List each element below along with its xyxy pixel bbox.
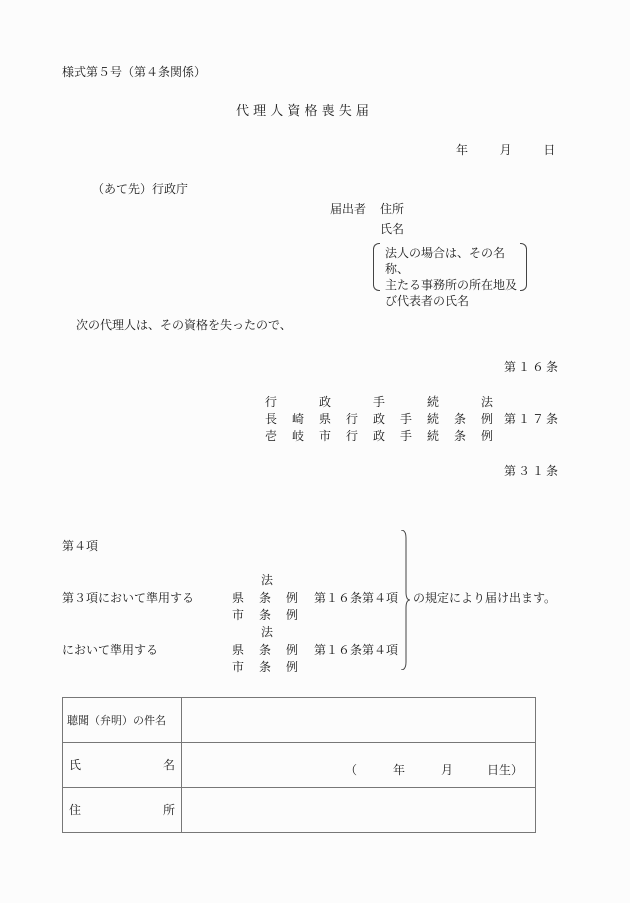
law-char <box>346 396 373 408</box>
section-a-ref: 第１６条第４項 <box>314 592 398 604</box>
corporate-note-line: 法人の場合は、その名称、 <box>385 245 523 277</box>
law-char: 県 <box>232 592 259 604</box>
case-name-field[interactable] <box>182 698 536 743</box>
date-line: 年 月 日 <box>456 144 555 156</box>
name-field[interactable]: （ 年 月 日生） <box>182 743 536 788</box>
label-char: 氏 <box>69 759 81 771</box>
law-char: 県 <box>232 644 259 656</box>
birth-day: 日生） <box>487 764 523 776</box>
article-16: 第１６条 <box>504 361 560 373</box>
label-char: 名 <box>163 759 175 771</box>
birthdate: （ 年 月 日生） <box>188 754 529 776</box>
name-label: 氏 名 <box>63 743 182 788</box>
law-char <box>400 396 427 408</box>
law-char: 政 <box>373 430 400 442</box>
corporate-note-line: び代表者の氏名 <box>385 293 523 309</box>
law-char: 県 <box>319 413 346 425</box>
addressee: （あて先）行政庁 <box>92 183 188 195</box>
law-char: 例 <box>286 661 313 673</box>
corporate-note: 法人の場合は、その名称、 主たる事務所の所在地及 び代表者の氏名 <box>373 243 523 291</box>
law-row-national: 行政手続法 <box>265 396 508 408</box>
law-char: 例 <box>286 609 313 621</box>
table-row: 氏 名 （ 年 月 日生） <box>63 743 536 788</box>
law-char: 手 <box>400 430 427 442</box>
law-char: 市 <box>232 661 259 673</box>
section-b-pref: 県条例 <box>232 644 313 656</box>
date-day: 日 <box>543 143 555 157</box>
date-year: 年 <box>456 143 468 157</box>
address-field[interactable] <box>182 788 536 833</box>
notifier-name-label: 氏名 <box>380 223 404 235</box>
law-char: 条 <box>259 609 286 621</box>
case-name-label: 聴聞（弁明）の件名 <box>63 698 182 743</box>
law-char: 法 <box>481 396 508 408</box>
law-char: 手 <box>400 413 427 425</box>
law-char: 条 <box>259 592 286 604</box>
section-b-law: 法 <box>261 626 273 638</box>
law-char: 行 <box>346 430 373 442</box>
table-row: 住 所 <box>63 788 536 833</box>
label-char: 住 <box>69 804 81 816</box>
law-char: 崎 <box>292 413 319 425</box>
article-31: 第３１条 <box>504 465 560 477</box>
birth-month: 月 <box>441 764 453 776</box>
law-char: 岐 <box>292 430 319 442</box>
section-b-prefix: において準用する <box>62 644 158 656</box>
birth-year: 年 <box>393 764 405 776</box>
law-char <box>454 396 481 408</box>
law-char: 例 <box>286 644 313 656</box>
section-a-law: 法 <box>261 574 273 586</box>
section-a-prefix: 第３項において準用する <box>62 592 194 604</box>
info-table: 聴聞（弁明）の件名 氏 名 （ 年 月 日生） 住 所 <box>62 697 536 833</box>
body-intro: 次の代理人は、その資格を失ったので、 <box>76 319 292 331</box>
birth-open: （ <box>345 764 357 776</box>
law-char: 行 <box>265 396 292 408</box>
article-17: 第１７条 <box>504 413 560 425</box>
law-char: 例 <box>286 592 313 604</box>
law-row-city: 壱岐市行政手続条例 <box>265 430 508 442</box>
form-number: 様式第５号（第４条関係） <box>62 66 206 78</box>
closing-text: の規定により届け出ます。 <box>413 592 556 604</box>
law-char: 政 <box>373 413 400 425</box>
notifier-label: 届出者 <box>330 203 366 215</box>
law-char: 長 <box>265 413 292 425</box>
label-char: 所 <box>163 804 175 816</box>
address-label: 住 所 <box>63 788 182 833</box>
law-char: 条 <box>259 644 286 656</box>
corporate-note-line: 主たる事務所の所在地及 <box>385 277 523 293</box>
law-char: 続 <box>427 413 454 425</box>
law-char <box>292 396 319 408</box>
law-char: 政 <box>319 396 346 408</box>
right-brace-icon <box>400 530 410 670</box>
law-char: 手 <box>373 396 400 408</box>
left-paren-icon <box>373 243 380 291</box>
law-char: 市 <box>232 609 259 621</box>
date-month: 月 <box>500 143 512 157</box>
law-char: 条 <box>454 413 481 425</box>
law-char: 条 <box>454 430 481 442</box>
section-b-city: 市条例 <box>232 661 313 673</box>
paragraph-4: 第４項 <box>62 540 98 552</box>
law-char: 壱 <box>265 430 292 442</box>
law-char: 続 <box>427 396 454 408</box>
law-char: 条 <box>259 661 286 673</box>
law-char: 続 <box>427 430 454 442</box>
law-char: 行 <box>346 413 373 425</box>
law-row-prefecture: 長崎県行政手続条例 <box>265 413 508 425</box>
right-paren-icon <box>520 243 527 291</box>
law-char: 例 <box>481 430 508 442</box>
page-title: 代 理 人 資 格 喪 失 届 <box>236 105 369 118</box>
section-a-pref: 県条例 <box>232 592 313 604</box>
section-a-city: 市条例 <box>232 609 313 621</box>
table-row: 聴聞（弁明）の件名 <box>63 698 536 743</box>
law-char: 市 <box>319 430 346 442</box>
notifier-address-label: 住所 <box>380 203 404 215</box>
section-b-ref: 第１６条第４項 <box>314 644 398 656</box>
